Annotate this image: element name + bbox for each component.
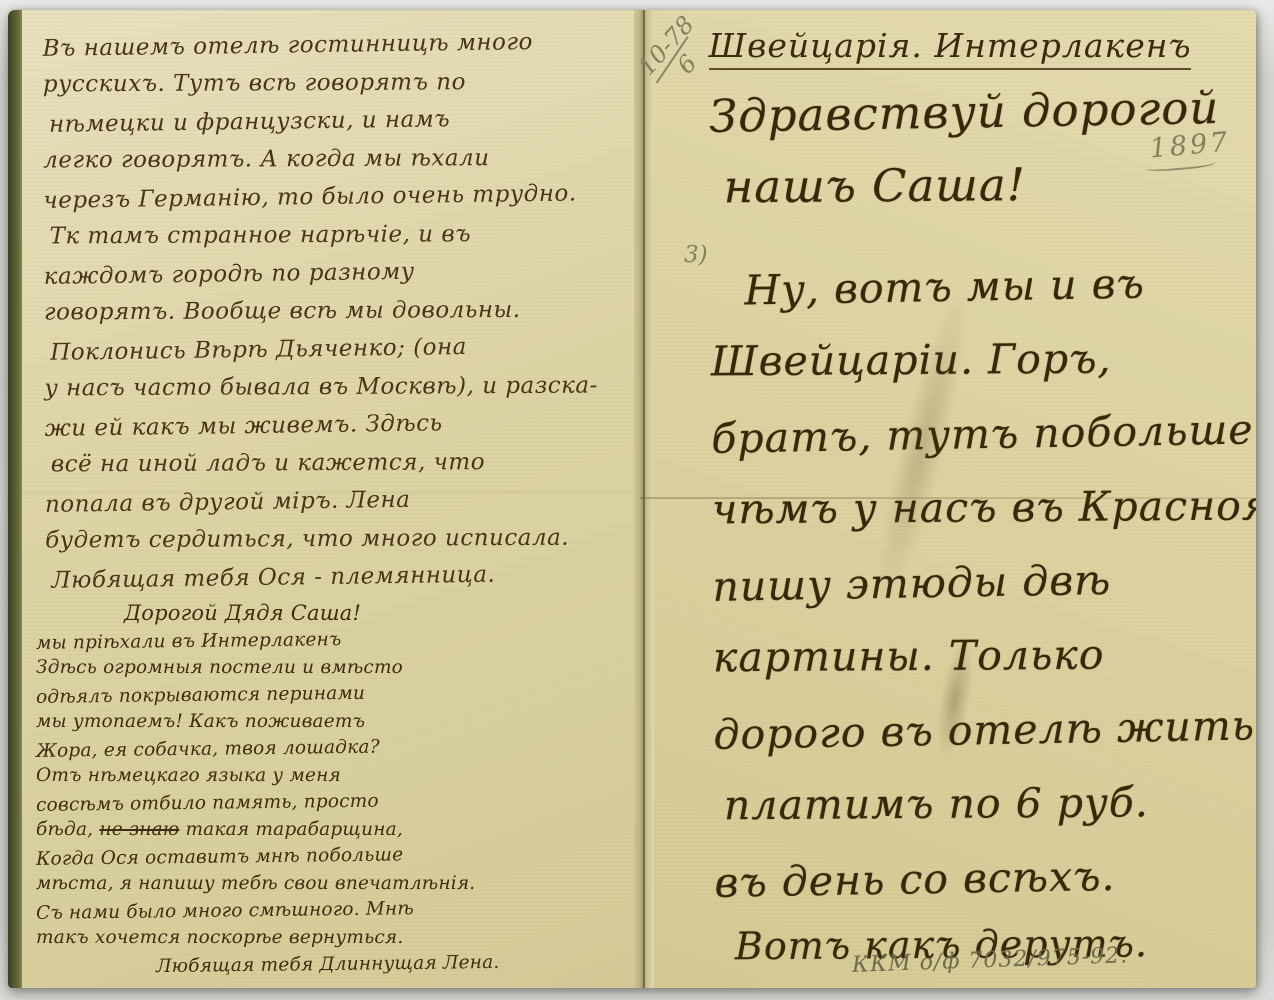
left-page-second-hand-text: Дорогой Дядя Саша!мы пріѣхали въ Интерла… bbox=[36, 600, 499, 978]
left-page-first-hand-text: Въ нашемъ отелѣ гостинницѣ многорусскихъ… bbox=[43, 25, 599, 598]
handwritten-line: Дорогой Дядя Саша! bbox=[124, 600, 499, 627]
fold-crease bbox=[643, 10, 645, 988]
handwritten-line: жи ей какъ мы живемъ. Здѣсь bbox=[44, 402, 598, 448]
handwritten-line: Здѣсь огромныя постели и вмѣсто bbox=[36, 654, 499, 681]
handwritten-line: Любящая тебя Ося - племянница. bbox=[51, 554, 599, 600]
handwritten-line: всё на иной ладъ и кажется, что bbox=[51, 443, 599, 484]
letter-heading: Швейцарія. Интерлакенъ bbox=[654, 26, 1246, 65]
handwritten-line: говорятъ. Вообще всѣ мы довольны. bbox=[44, 291, 598, 332]
handwritten-line: Когда Ося оставитъ мнѣ побольше bbox=[36, 840, 500, 873]
handwritten-line: Любящая тебя Длиннущая Лена. bbox=[156, 949, 500, 980]
text-segment: Дорогой Дядя Саша! bbox=[124, 601, 361, 625]
text-segment: такая тарабарщина, bbox=[179, 819, 403, 840]
handwritten-line: пишу этюды двѣ bbox=[712, 538, 1256, 624]
handwritten-line: русскихъ. Тутъ всѣ говорятъ по bbox=[43, 63, 597, 104]
handwritten-line: будетъ сердиться, что много исписала. bbox=[45, 519, 599, 560]
handwritten-line: мы пріѣхали въ Интерлакенъ bbox=[36, 624, 500, 657]
handwritten-line: мѣста, я напишу тебѣ свои впечатлѣнія. bbox=[36, 870, 499, 897]
struck-text: не знаю bbox=[99, 819, 179, 840]
handwritten-line: у насъ часто бывала въ Москвѣ), и разска… bbox=[44, 367, 598, 408]
horizontal-crease-left bbox=[8, 492, 628, 493]
text-segment: бѣда, bbox=[36, 819, 99, 840]
handwritten-line: мы утопаемъ! Какъ поживаетъ bbox=[36, 708, 499, 735]
right-page-text: Здравствуй дорогойнашъ Саша!Ну, вотъ мы … bbox=[709, 72, 1256, 977]
handwritten-line: одѣялъ покрываются перинами bbox=[36, 678, 500, 711]
sheet-edge bbox=[8, 10, 22, 988]
letter-sheet: Въ нашемъ отелѣ гостинницѣ многорусскихъ… bbox=[8, 10, 1256, 988]
handwritten-line: Швейцаріи. Горъ, bbox=[711, 320, 1256, 399]
horizontal-crease-right bbox=[640, 497, 1254, 499]
text-segment: Любящая тебя Длиннущая Лена. bbox=[156, 952, 500, 977]
handwritten-line: братъ, тутъ побольше bbox=[711, 390, 1256, 476]
pencil-year-annotation: 1897 bbox=[1148, 127, 1232, 173]
handwritten-line: Съ нами было много смѣшного. Мнѣ bbox=[36, 894, 500, 927]
pencil-page-number: 3) bbox=[684, 242, 708, 268]
handwritten-line: Жора, ея собачка, твоя лошадка? bbox=[36, 732, 500, 765]
handwritten-line: въ день со всѣхъ. bbox=[714, 834, 1256, 920]
handwritten-line: легко говорятъ. А когда мы ѣхали bbox=[43, 139, 597, 180]
handwritten-line: Отъ нѣмецкаго языка у меня bbox=[36, 762, 499, 789]
handwritten-line: Тк тамъ странное нарѣчіе, и въ bbox=[50, 215, 598, 256]
handwritten-line: бѣда, не знаю такая тарабарщина, bbox=[36, 816, 499, 843]
handwritten-line: Поклонись Вѣрѣ Дьяченко; (она bbox=[50, 326, 598, 372]
handwritten-line: черезъ Германію, то было очень трудно. bbox=[43, 174, 597, 220]
handwritten-line: чѣмъ у насъ въ Красноярскѣ bbox=[712, 468, 1256, 547]
handwritten-line: нѣмецки и французски, и намъ bbox=[49, 98, 597, 144]
handwritten-line: платимъ по 6 руб. bbox=[724, 764, 1256, 843]
handwritten-line: дорого въ отелѣ жить bbox=[713, 686, 1256, 772]
handwritten-line: попала въ другой міръ. Лена bbox=[45, 478, 599, 524]
letter-heading-text: Швейцарія. Интерлакенъ bbox=[709, 26, 1192, 70]
handwritten-line: Ну, вотъ мы и въ bbox=[744, 242, 1256, 327]
handwritten-line: каждомъ городѣ по разному bbox=[44, 250, 598, 296]
handwritten-line: такъ хочется поскорѣе вернуться. bbox=[36, 924, 499, 951]
center-fold bbox=[634, 10, 654, 988]
handwritten-line: Въ нашемъ отелѣ гостинницѣ много bbox=[42, 22, 596, 68]
handwritten-line: совсѣмъ отбило память, просто bbox=[36, 786, 500, 819]
left-page: Въ нашемъ отелѣ гостинницѣ многорусскихъ… bbox=[22, 10, 634, 988]
handwritten-line: картины. Только bbox=[713, 616, 1256, 695]
letter-scan: Въ нашемъ отелѣ гостинницѣ многорусскихъ… bbox=[0, 0, 1274, 1000]
